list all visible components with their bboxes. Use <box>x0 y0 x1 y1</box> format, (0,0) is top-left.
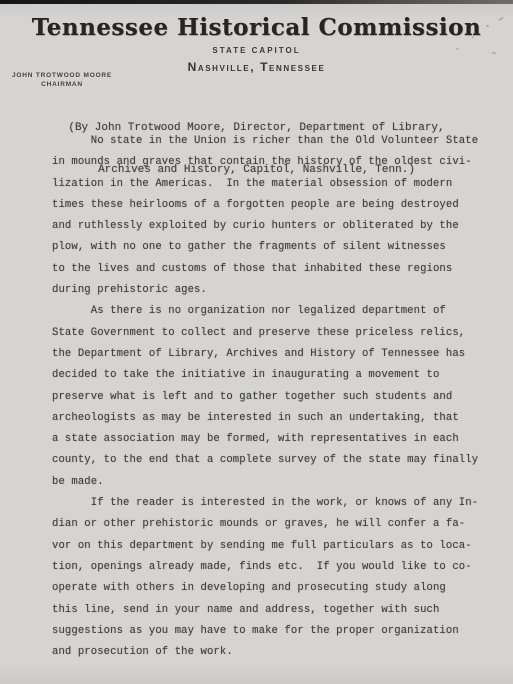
typed-line: vor on this department by sending me ful… <box>52 536 492 557</box>
typed-line: dian or other prehistoric mounds or grav… <box>52 514 492 535</box>
typed-line: in mounds and graves that contain the hi… <box>52 152 492 173</box>
typed-line: and prosecution of the work. <box>52 642 492 663</box>
typed-line: archeologists as may be interested in su… <box>52 408 492 429</box>
letterhead-organization: Tennessee Historical Commission <box>0 14 513 41</box>
typed-line: preserve what is left and to gather toge… <box>52 387 492 408</box>
typed-line: times these heirlooms of a forgotten peo… <box>52 195 492 216</box>
scan-speckle <box>472 36 474 38</box>
typed-line: the Department of Library, Archives and … <box>52 344 492 365</box>
paragraph-3: If the reader is interested in the work,… <box>52 493 492 663</box>
scan-speckle <box>456 48 459 50</box>
paragraph-1: No state in the Union is richer than the… <box>52 131 492 301</box>
scan-speckle <box>441 28 443 30</box>
typed-line: to the lives and customs of those that i… <box>52 259 492 280</box>
typed-line: State Government to collect and preserve… <box>52 323 492 344</box>
document-body: No state in the Union is richer than the… <box>52 131 492 663</box>
typed-line: a state association may be formed, with … <box>52 429 492 450</box>
typed-line: No state in the Union is richer than the… <box>52 131 492 152</box>
paragraph-2: As there is no organization nor legalize… <box>52 301 492 493</box>
official-title: CHAIRMAN <box>12 80 112 89</box>
typed-line: suggestions as you may have to make for … <box>52 621 492 642</box>
scan-top-edge <box>0 0 513 4</box>
scanned-document: Tennessee Historical Commission STATE CA… <box>0 0 513 684</box>
typed-line: and ruthlessly exploited by curio hunter… <box>52 216 492 237</box>
typed-line: decided to take the initiative in inaugu… <box>52 365 492 386</box>
typed-line: As there is no organization nor legalize… <box>52 301 492 322</box>
typed-line: during prehistoric ages. <box>52 280 492 301</box>
typed-line: this line, send in your name and address… <box>52 600 492 621</box>
official-block: JOHN TROTWOOD MOORE CHAIRMAN <box>12 71 112 89</box>
typed-line: tion, openings already made, finds etc. … <box>52 557 492 578</box>
letterhead: Tennessee Historical Commission STATE CA… <box>0 14 513 74</box>
typed-line: operate with others in developing and pr… <box>52 578 492 599</box>
typed-line: plow, with no one to gather the fragment… <box>52 237 492 258</box>
typed-line: lization in the Americas. In the materia… <box>52 174 492 195</box>
official-name: JOHN TROTWOOD MOORE <box>12 71 112 80</box>
typed-line: If the reader is interested in the work,… <box>52 493 492 514</box>
typed-line: be made. <box>52 472 492 493</box>
letterhead-address-line1: STATE CAPITOL <box>0 46 513 55</box>
typed-line: county, to the end that a complete surve… <box>52 450 492 471</box>
